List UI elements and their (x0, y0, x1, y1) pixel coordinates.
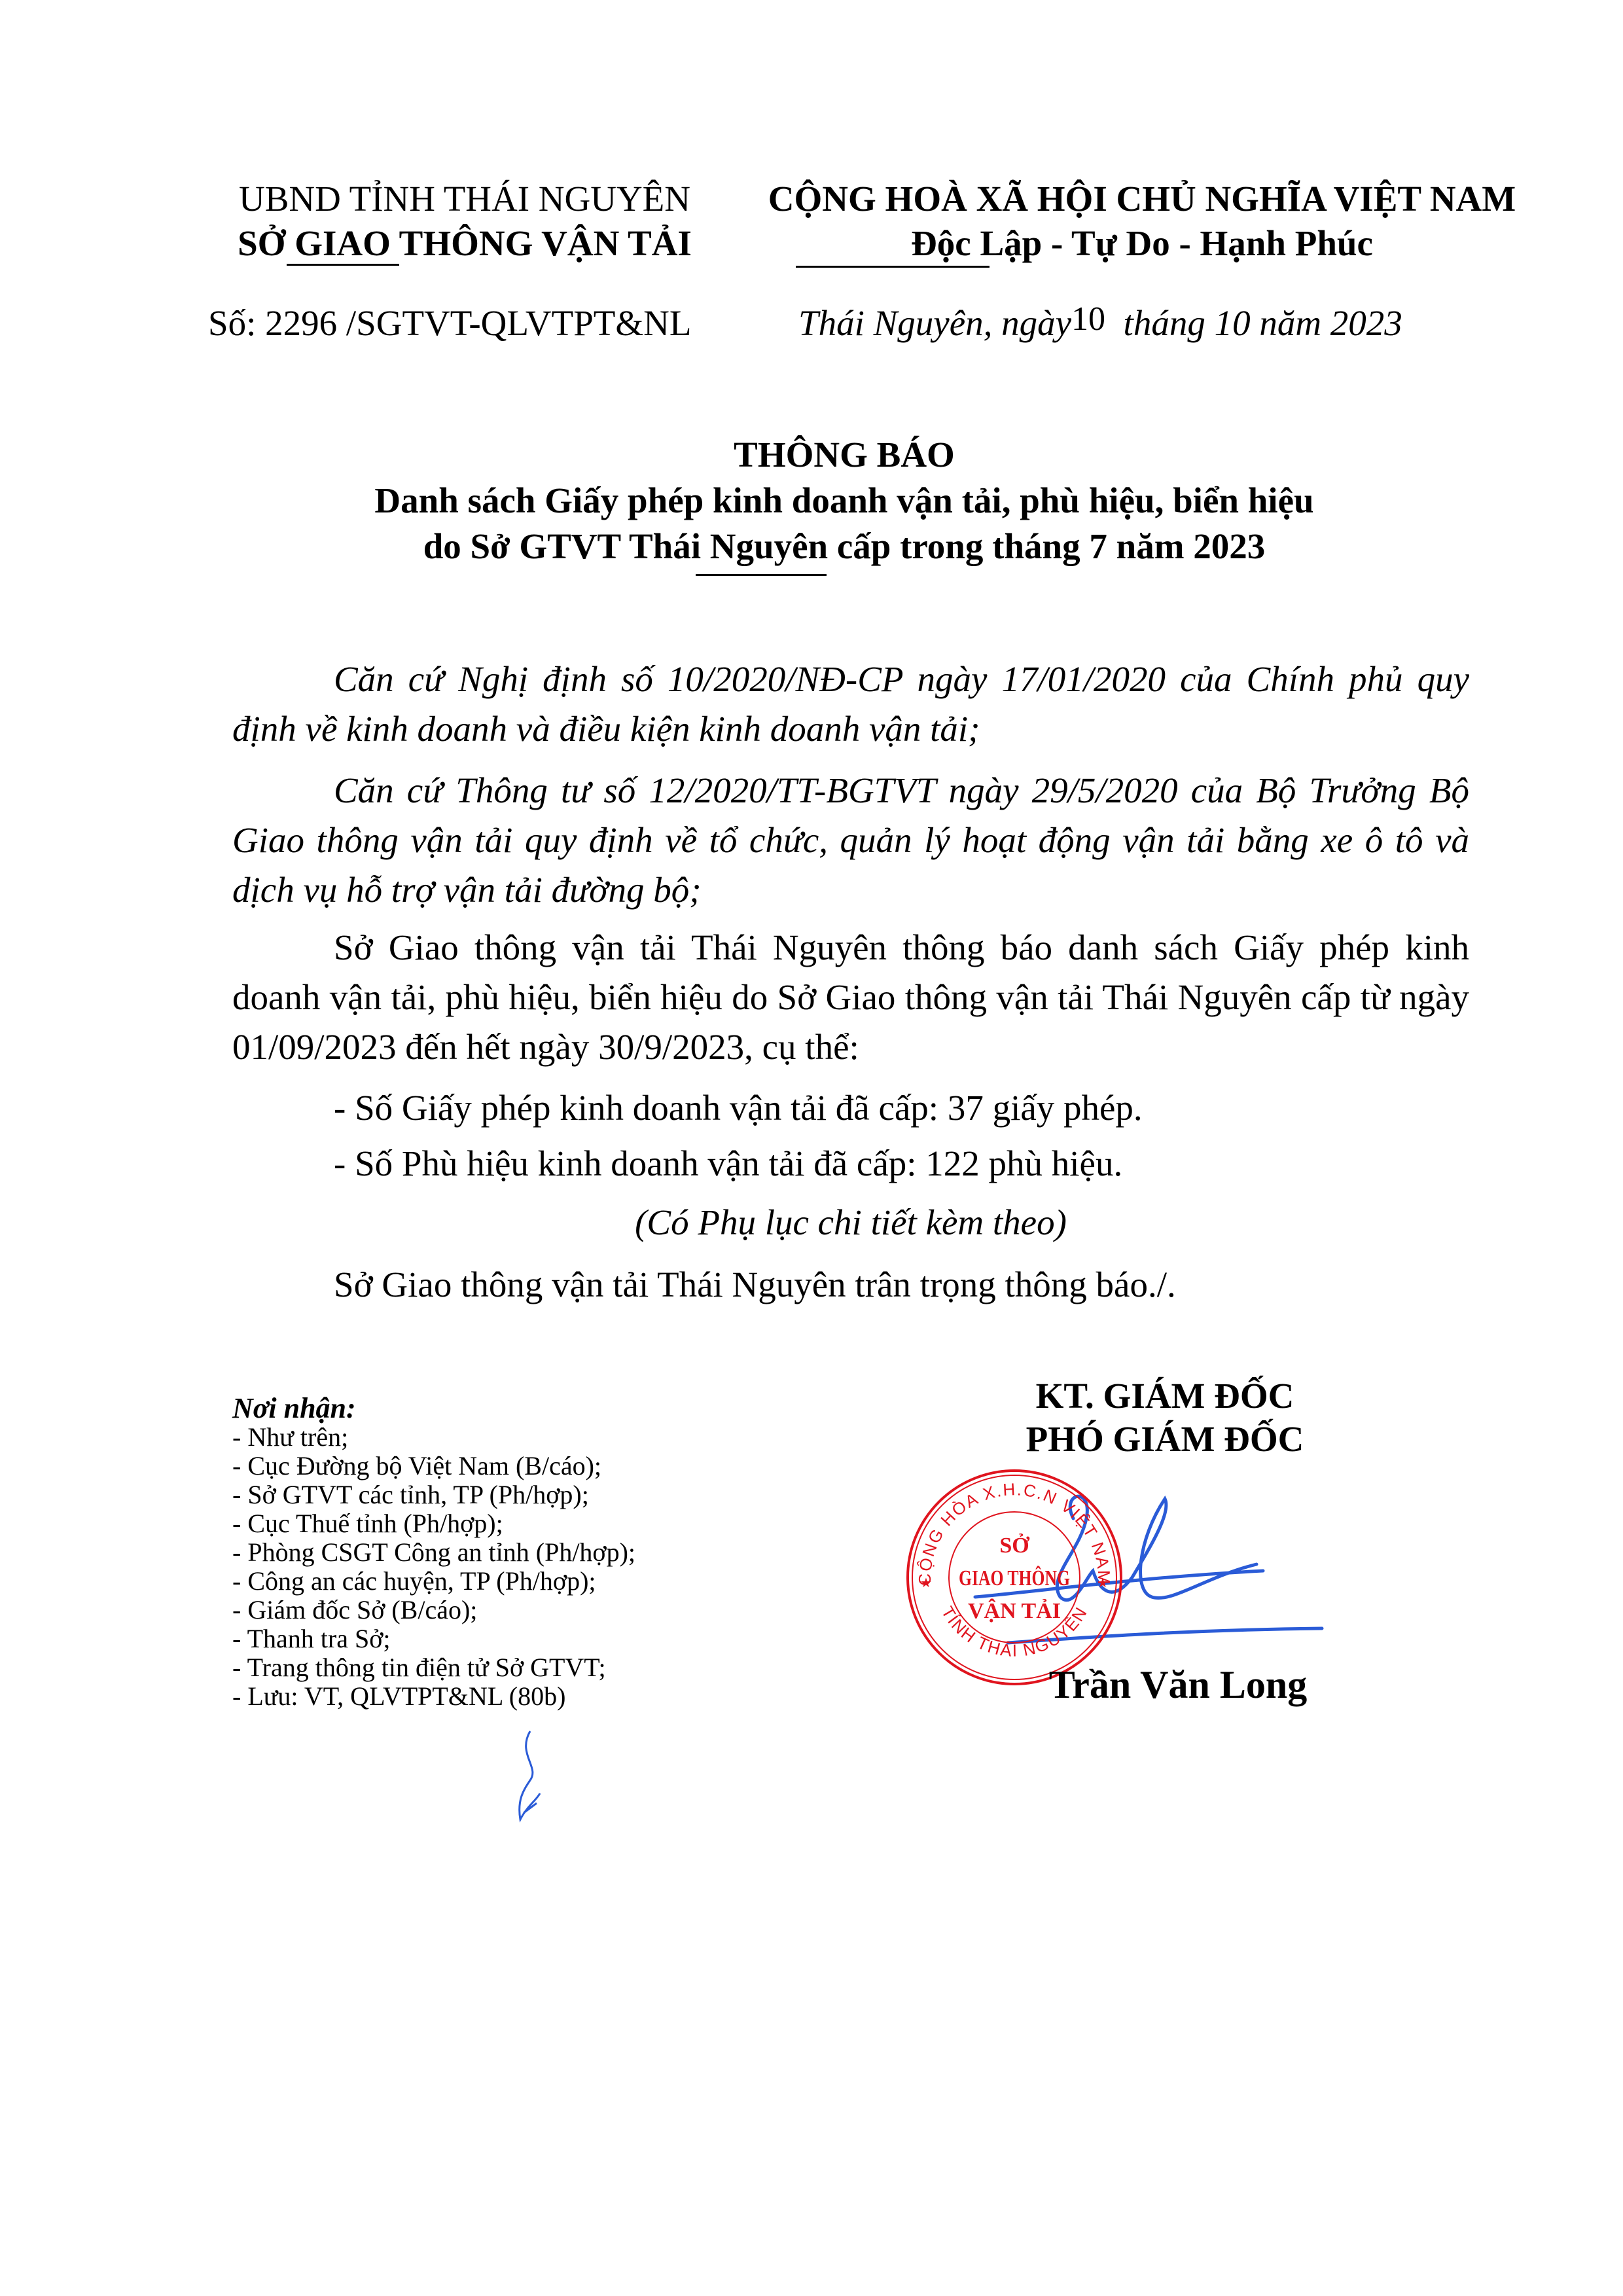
title-underline (696, 574, 827, 576)
recipient-item: - Trang thông tin điện tử Sở GTVT; (232, 1653, 635, 1682)
authority-underline (287, 264, 399, 266)
recipient-item: - Thanh tra Sở; (232, 1624, 635, 1653)
issuing-authority: UBND TỈNH THÁI NGUYÊN SỞ GIAO THÔNG VẬN … (196, 177, 733, 266)
legal-basis-2: Căn cứ Thông tư số 12/2020/TT-BGTVT ngày… (232, 766, 1469, 915)
recipient-item: - Lưu: VT, QLVTPT&NL (80b) (232, 1682, 635, 1711)
notice-subtitle-line2: do Sở GTVT Thái Nguyên cấp trong tháng 7… (196, 524, 1492, 569)
official-seal-icon: CỘNG HÒA X.H.C.N VIỆT NAM TỈNH THÁI NGUY… (903, 1466, 1126, 1689)
recipient-item: - Phòng CSGT Công an tỉnh (Ph/hợp); (232, 1538, 635, 1567)
recipient-item: - Như trên; (232, 1423, 635, 1452)
appendix-note: (Có Phụ lục chi tiết kèm theo) (232, 1198, 1469, 1247)
badges-issued: - Số Phù hiệu kinh doanh vận tải đã cấp:… (232, 1139, 1469, 1189)
national-motto: Độc Lập - Tự Do - Hạnh Phúc (720, 221, 1564, 266)
recipients-title: Nơi nhận: (232, 1394, 635, 1423)
recipient-item: - Công an các huyện, TP (Ph/hợp); (232, 1567, 635, 1596)
date-prefix: Thái Nguyên, ngày (798, 303, 1071, 343)
announcement-paragraph: Sở Giao thông vận tải Thái Nguyên thông … (232, 923, 1469, 1072)
notice-heading: THÔNG BÁO (196, 432, 1492, 478)
date-suffix: tháng 10 năm 2023 (1124, 303, 1402, 343)
svg-text:SỞ: SỞ (999, 1533, 1029, 1558)
national-header: CỘNG HOÀ XÃ HỘI CHỦ NGHĨA VIỆT NAM Độc L… (720, 177, 1564, 266)
svg-text:GIAO THÔNG: GIAO THÔNG (959, 1566, 1070, 1590)
closing-sentence: Sở Giao thông vận tải Thái Nguyên trân t… (232, 1260, 1469, 1310)
signer-name: Trần Văn Long (995, 1662, 1361, 1708)
authority-line2: SỞ GIAO THÔNG VẬN TẢI (196, 221, 733, 266)
signature-block: KT. GIÁM ĐỐC PHÓ GIÁM ĐỐC (955, 1374, 1374, 1461)
notice-title: THÔNG BÁO Danh sách Giấy phép kinh doanh… (196, 432, 1492, 569)
licenses-issued: - Số Giấy phép kinh doanh vận tải đã cấp… (232, 1083, 1469, 1133)
recipient-item: - Sở GTVT các tỉnh, TP (Ph/hợp); (232, 1480, 635, 1509)
recipient-item: - Cục Đường bộ Việt Nam (B/cáo); (232, 1452, 635, 1480)
signature-line1: KT. GIÁM ĐỐC (955, 1374, 1374, 1418)
authority-line1: UBND TỈNH THÁI NGUYÊN (196, 177, 733, 221)
svg-text:VẬN TẢI: VẬN TẢI (968, 1598, 1061, 1623)
recipients-list: Nơi nhận: - Như trên; - Cục Đường bộ Việ… (232, 1394, 635, 1711)
document-date: Thái Nguyên, ngày10 tháng 10 năm 2023 (798, 302, 1402, 344)
date-day: 10 (1071, 300, 1105, 338)
national-title: CỘNG HOÀ XÃ HỘI CHỦ NGHĨA VIỆT NAM (720, 177, 1564, 221)
recipient-item: - Giám đốc Sở (B/cáo); (232, 1596, 635, 1624)
recipient-item: - Cục Thuế tỉnh (Ph/hợp); (232, 1509, 635, 1538)
svg-text:★: ★ (1097, 1576, 1109, 1590)
signature-line2: PHÓ GIÁM ĐỐC (955, 1418, 1374, 1461)
initial-mark-icon (510, 1728, 550, 1826)
legal-basis-1: Căn cứ Nghị định số 10/2020/NĐ-CP ngày 1… (232, 655, 1469, 754)
svg-text:★: ★ (920, 1576, 932, 1590)
document-number: Số: 2296 /SGTVT-QLVTPT&NL (208, 302, 692, 344)
notice-subtitle-line1: Danh sách Giấy phép kinh doanh vận tải, … (196, 478, 1492, 524)
motto-underline (796, 266, 990, 268)
